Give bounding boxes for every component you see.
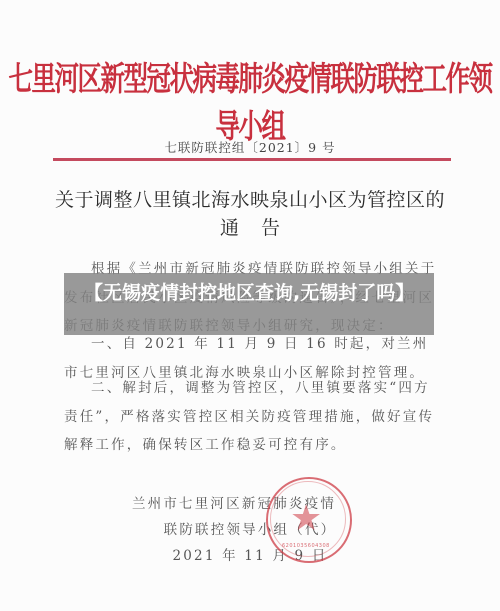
caption-overlay-text: 【无锡疫情封控地区查询,无锡封了吗】: [84, 281, 424, 305]
signature-date: 2021 年 11 月 9 日: [100, 544, 400, 564]
stamp-code: 6201035604308: [282, 543, 330, 549]
notice-subtitle: 通告: [0, 213, 500, 240]
red-divider-rule: [53, 158, 451, 161]
document-number: 七联防联控组〔2021〕9 号: [0, 138, 500, 156]
signature-org-line2: 联防联控领导小组（代）: [100, 518, 400, 538]
paragraph-item-2: 二、解封后，调整为管控区，八里镇要落实“四方责任”，严格落实管控区相关防疫管理措…: [64, 374, 439, 460]
star-icon: ★: [290, 501, 322, 537]
document-header-title: 七里河区新型冠状病毒肺炎疫情联防联控工作领导小组: [0, 54, 500, 149]
official-seal-stamp: ★ 6201035604308: [266, 477, 352, 563]
notice-title: 关于调整八里镇北海水映泉山小区为管控区的: [0, 185, 500, 212]
